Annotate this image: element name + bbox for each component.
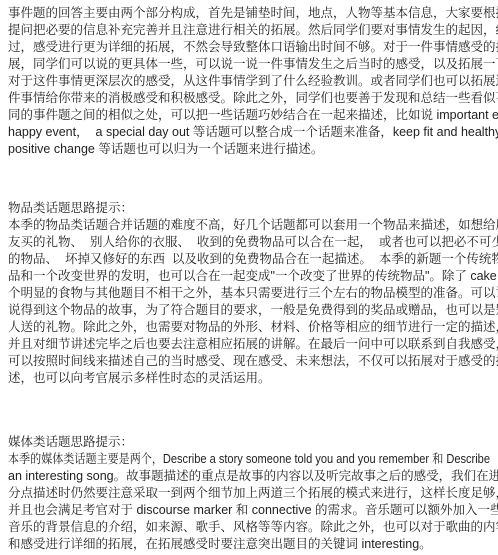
text-line: 和感受进行详细的拓展，在拓展感受时要注意突出题目的关键词 interesting…	[8, 536, 491, 553]
text-line: 品和一个改变世界的发明，也可以合在一起变成"一个改变了世界的传统物品"。除了 c…	[8, 268, 491, 285]
text-line: 提问把必要的信息补充完善并且注意进行相关的拓展。然后同学们要对事情发生的起因，经	[8, 22, 491, 39]
text-line: 展，同学们可以说的更具体一些，可以说一说一件事情发生之后当时的感受，以及拓展一下	[8, 56, 491, 73]
object-topics-paragraph: 本季的物品类话题合并话题的难度不高，好几个话题都可以套用一个物品来描述，如想给朋…	[8, 217, 491, 387]
text-line: 本季的媒体类话题主要是两个，Describe a story someone t…	[8, 451, 435, 468]
text-line: 的物品、 坏掉又修好的东西 以及收到的免费物品合在一起描述。 本季的新题一个传统…	[8, 251, 491, 268]
document-page: { "page": { "background": "#ffffff", "te…	[0, 0, 498, 555]
object-topics-heading: 物品类话题思路提示：	[8, 200, 491, 217]
text-line: 并且对细节讲述完毕之后也要去注意相应拓展的讲解。在最后一问中可以联系到自我感受，	[8, 336, 491, 353]
media-topics-paragraph: 本季的媒体类话题主要是两个，Describe a story someone t…	[8, 451, 491, 553]
text-line: 说得到这个物品的故事，为了符合题目的要求，一般是免费得到的奖品或赠品，也可以是别	[8, 302, 491, 319]
text-line: 本季的物品类话题合并话题的难度不高，好几个话题都可以套用一个物品来描述，如想给朋	[8, 217, 491, 234]
text-line: positive change 等话题也可以归为一个话题来进行描述。	[8, 141, 491, 158]
section-media-topics: 媒体类话题思路提示： 本季的媒体类话题主要是两个，Describe a stor…	[8, 434, 491, 553]
text-line: 分点描述时仍然要注意采取一到两个细节加上两道三个拓展的模式来进行，这样长度足够，	[8, 485, 491, 502]
text-line: 并且也会满足考官对于 discourse marker 和 connective…	[8, 502, 491, 519]
text-line: happy event， a special day out 等话题可以整合成一…	[8, 124, 491, 141]
section-object-topics: 物品类话题思路提示： 本季的物品类话题合并话题的难度不高，好几个话题都可以套用一…	[8, 200, 491, 387]
text-line: 可以按照时间线来描述自己的当时感受、现在感受、未来想法，不仅可以拓展对于感受的描	[8, 353, 491, 370]
text-line: 过，感受进行更为详细的拓展，不然会导致整体口语输出时间不够。对于一件事情感受的拓	[8, 39, 491, 56]
text-line: 对于这件事情更深层次的感受，从这件事情学到了什么经验教训。或者同学们也可以拓展这	[8, 73, 491, 90]
media-topics-heading: 媒体类话题思路提示：	[8, 434, 491, 451]
text-line: 述，也可以向考官展示多样性时态的灵活运用。	[8, 370, 491, 387]
section-event-topics: 事件题的回答主要由两个部分构成，首先是铺垫时间，地点，人物等基本信息，大家要根据…	[8, 5, 491, 158]
text-line: 音乐的背景信息的介绍，如来源、歌手、风格等等内容。除此之外，也可以对于歌曲的内容	[8, 519, 491, 536]
text-line: 友买的礼物、 别人给你的衣服、 收到的免费物品可以合在一起， 或者也可以把必不可…	[8, 234, 491, 251]
event-topics-paragraph: 事件题的回答主要由两个部分构成，首先是铺垫时间，地点，人物等基本信息，大家要根据…	[8, 5, 491, 158]
text-line: 事件题的回答主要由两个部分构成，首先是铺垫时间，地点，人物等基本信息，大家要根据	[8, 5, 491, 22]
notes-document: 事件题的回答主要由两个部分构成，首先是铺垫时间，地点，人物等基本信息，大家要根据…	[0, 0, 498, 555]
text-line: 件事情给你带来的消极感受和积极感受。除此之外，同学们也要善于发现和总结一些看似不	[8, 90, 491, 107]
text-line: 人送的礼物。除此之外，也需要对物品的外形、材料、价格等相应的细节进行一定的描述，	[8, 319, 491, 336]
text-line: 个明显的食物与其他题目不相干之外，基本只需要进行三个左右的物品模型的准备。可以说	[8, 285, 491, 302]
text-line: an interesting song。故事题描述的重点是故事的内容以及听完故事…	[8, 468, 491, 485]
text-line: 同的事件题之间的相似之处，可以把一些话题巧妙结合在一起来描述，比如说 impor…	[8, 107, 491, 124]
